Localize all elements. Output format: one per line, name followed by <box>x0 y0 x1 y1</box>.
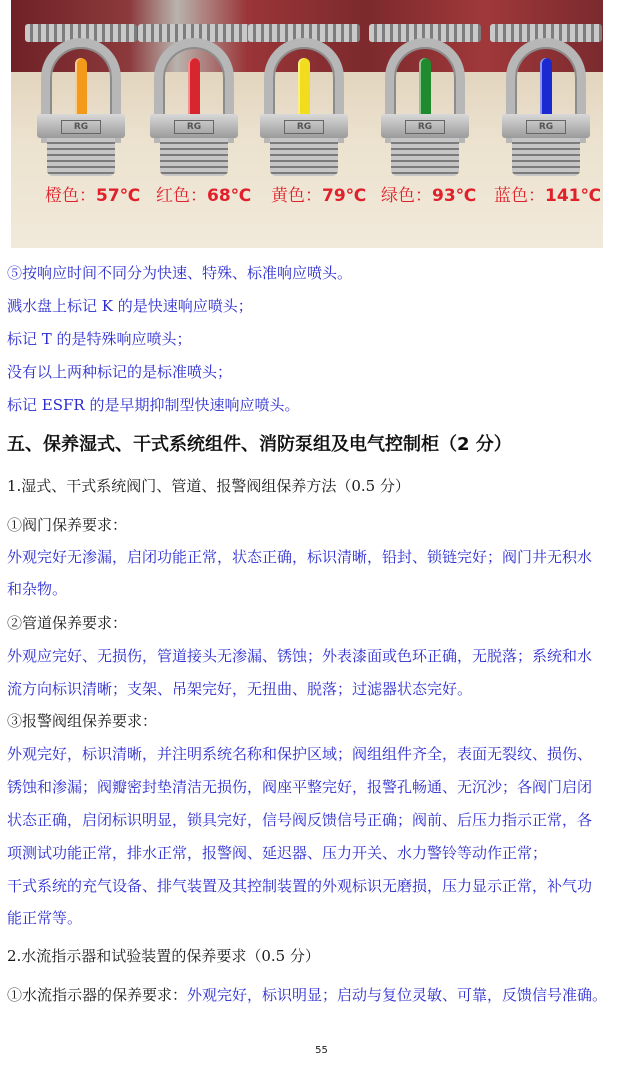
flow-indicator-line: ①水流指示器的保养要求：外观完好，标识明显；启动与复位灵敏、可靠，反馈信号准确。 <box>7 984 607 1005</box>
bulb-red <box>188 58 200 120</box>
valve-text: 和杂物。 <box>7 578 67 599</box>
section-heading: 五、保养湿式、干式系统组件、消防泵组及电气控制柜（2 分） <box>7 430 512 456</box>
bulb-yellow <box>298 58 310 120</box>
alarm-valve-text: 能正常等。 <box>7 907 82 928</box>
bulb-orange <box>75 58 87 120</box>
valve-label: ①阀门保养要求： <box>7 514 127 535</box>
flow-indicator-label: ①水流指示器的保养要求： <box>7 986 187 1004</box>
sprinkler-red: RG <box>146 18 242 168</box>
sprinkler-yellow: RG <box>256 18 352 168</box>
label-yellow: 黄色：79℃ <box>271 181 366 206</box>
bulb-blue <box>540 58 552 120</box>
pipe-label: ②管道保养要求： <box>7 612 127 633</box>
temperature-labels: 橙色：57℃ 红色：68℃ 黄色：79℃ 绿色：93℃ 蓝色：141℃ <box>11 181 603 207</box>
pipe-text: 流方向标识清晰；支架、吊架完好，无扭曲、脱落；过滤器状态完好。 <box>7 678 472 699</box>
item2-title: 2.水流指示器和试验装置的保养要求（0.5 分） <box>7 945 320 966</box>
label-red: 红色：68℃ <box>156 181 251 206</box>
alarm-valve-label: ③报警阀组保养要求： <box>7 710 157 731</box>
valve-text: 外观完好无渗漏，启闭功能正常，状态正确，标识清晰，铅封、锁链完好；阀门井无积水 <box>7 546 592 567</box>
alarm-valve-text: 干式系统的充气设备、排气装置及其控制装置的外观标识无磨损，压力显示正常，补气功 <box>7 875 592 896</box>
intro-line: 没有以上两种标记的是标准喷头； <box>7 361 232 382</box>
alarm-valve-text: 状态正确，启闭标识明显，锁具完好，信号阀反馈信号正确；阀前、后压力指示正常，各 <box>7 809 592 830</box>
intro-line: ⑤按响应时间不同分为快速、特殊、标准响应喷头。 <box>7 262 352 283</box>
sprinkler-blue: RG <box>498 18 594 168</box>
intro-line: 标记 ESFR 的是早期抑制型快速响应喷头。 <box>7 394 299 415</box>
alarm-valve-text: 项测试功能正常，排水正常，报警阀、延迟器、压力开关、水力警铃等动作正常； <box>7 842 547 863</box>
item1-title: 1.湿式、干式系统阀门、管道、报警阀组保养方法（0.5 分） <box>7 475 410 496</box>
sprinkler-orange: RG <box>33 18 129 168</box>
label-orange: 橙色：57℃ <box>45 181 140 206</box>
alarm-valve-text: 外观完好，标识清晰，并注明系统名称和保护区域；阀组组件齐全，表面无裂纹、损伤、 <box>7 743 592 764</box>
label-green: 绿色：93℃ <box>381 181 476 206</box>
alarm-valve-text: 锈蚀和渗漏；阀瓣密封垫清洁无损伤，阀座平整完好，报警孔畅通、无沉沙；各阀门启闭 <box>7 776 592 797</box>
intro-line: 溅水盘上标记 K 的是快速响应喷头； <box>7 295 253 316</box>
label-blue: 蓝色：141℃ <box>494 181 601 206</box>
sprinkler-photo: RG RG RG RG RG 橙色：57℃ 红色：68℃ 黄色：79℃ 绿色：9… <box>11 0 603 248</box>
bulb-green <box>419 58 431 120</box>
sprinkler-green: RG <box>377 18 473 168</box>
page-number: 55 <box>0 1045 643 1056</box>
pipe-text: 外观应完好、无损伤，管道接头无渗漏、锈蚀；外表漆面或色环正确，无脱落；系统和水 <box>7 645 592 666</box>
intro-line: 标记 T 的是特殊响应喷头； <box>7 328 192 349</box>
flow-indicator-text: 外观完好，标识明显；启动与复位灵敏、可靠，反馈信号准确。 <box>187 986 607 1004</box>
